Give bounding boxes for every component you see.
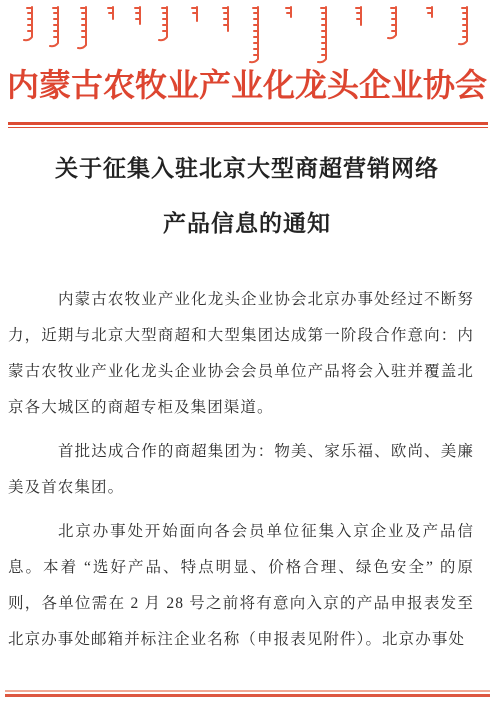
body-paragraph-2: 首批达成合作的商超集团为：物美、家乐福、欧尚、美廉美及首农集团。 xyxy=(8,434,474,506)
mongolian-script-banner xyxy=(0,4,494,70)
notice-page: 内蒙古农牧业产业化龙头企业协会 关于征集入驻北京大型商超营销网络 产品信息的通知… xyxy=(0,0,494,705)
body-paragraph-1: 内蒙古农牧业产业化龙头企业协会北京办事处经过不断努力，近期与北京大型商超和大型集… xyxy=(8,282,474,426)
letterhead-divider xyxy=(8,122,488,128)
letterhead-org-name: 内蒙古农牧业产业化龙头企业协会 xyxy=(0,66,494,104)
document-title: 关于征集入驻北京大型商超营销网络 产品信息的通知 xyxy=(0,141,494,251)
document-title-line1: 关于征集入驻北京大型商超营销网络 xyxy=(0,141,494,196)
document-body: 内蒙古农牧业产业化龙头企业协会北京办事处经过不断努力，近期与北京大型商超和大型集… xyxy=(8,282,474,666)
footer-divider xyxy=(5,690,490,697)
document-title-line2: 产品信息的通知 xyxy=(0,196,494,251)
body-paragraph-3: 北京办事处开始面向各会员单位征集入京企业及产品信息。本着 “选好产品、特点明显、… xyxy=(8,514,474,658)
